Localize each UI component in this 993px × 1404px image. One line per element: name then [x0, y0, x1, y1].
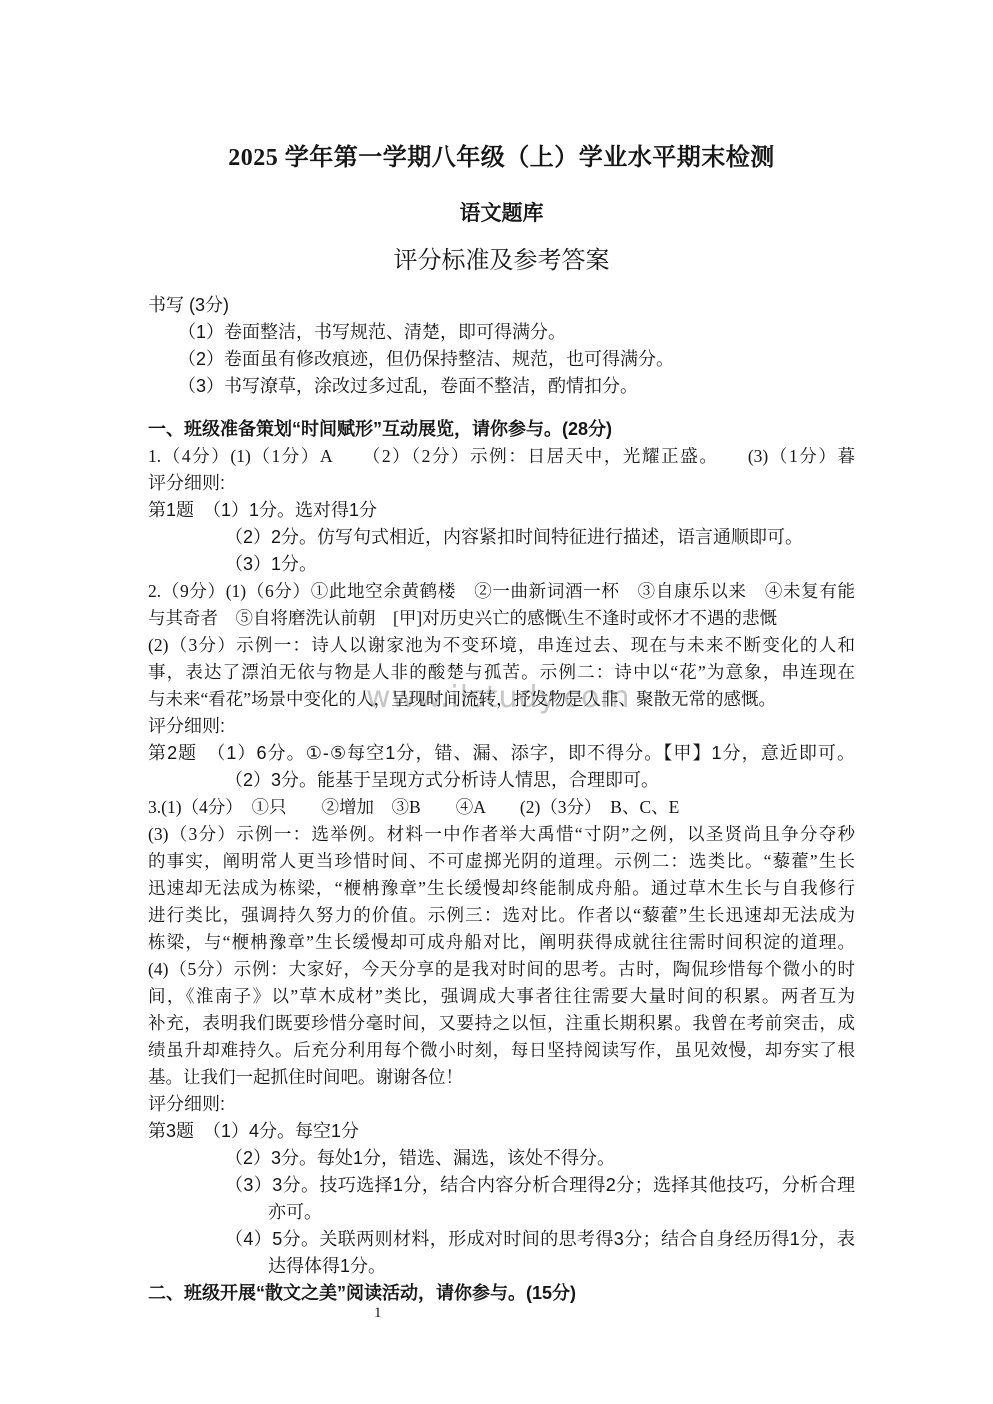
doc-line: 评分细则:: [148, 713, 855, 740]
doc-line: 的事实，阐明常人更当珍惜时间、不可虚掷光阴的道理。示例二：选类比。“藜藿”生长: [148, 848, 855, 875]
doc-title: 2025 学年第一学期八年级（上）学业水平期末检测: [148, 143, 855, 173]
doc-line: 书写 (3分): [148, 292, 855, 319]
doc-line: 达得体得1分。: [148, 1253, 855, 1280]
doc-line: 迅速却无法成为栋梁，“楩柟豫章”生长缓慢却终能制成舟船。通过草木生长与自我修行: [148, 875, 855, 902]
doc-line: 2.（9分）(1)（6分）①此地空余黄鹤楼 ②一曲新词酒一杯 ③自康乐以来 ④未…: [148, 578, 855, 605]
doc-section-title: 评分标准及参考答案: [148, 245, 855, 276]
doc-line: （4）5分。关联两则材料，形成对时间的思考得3分；结合自身经历得1分，表: [148, 1226, 855, 1253]
doc-line: (4)（5分）示例：大家好，今天分享的是我对时间的思考。古时，陶侃珍惜每个微小的…: [148, 956, 855, 983]
doc-line: (2)（3分）示例一：诗人以谢家池为不变环境，串连过去、现在与未来不断变化的人和: [148, 632, 855, 659]
doc-line: 事，表达了漂泊无依与物是人非的酸楚与孤苦。示例二：诗中以“花”为意象，串连现在: [148, 659, 855, 686]
doc-line: （2）2分。仿写句式相近，内容紧扣时间特征进行描述，语言通顺即可。: [148, 524, 855, 551]
doc-line: 3.(1)（4分） ①只 ②增加 ③B ④A (2)（3分） B、C、E: [148, 794, 855, 821]
doc-line: 亦可。: [148, 1199, 855, 1226]
doc-line: （2）3分。能基于呈现方式分析诗人情思，合理即可。: [148, 767, 855, 794]
doc-line: 补充，表明我们既要珍惜分毫时间，又要持之以恒，注重长期积累。我曾在考前突击，成: [148, 1010, 855, 1037]
doc-line: （1）卷面整洁，书写规范、清楚，即可得满分。: [148, 319, 855, 346]
doc-line: 栋梁，与“楩柟豫章”生长缓慢却可成舟船对比，阐明获得成就往往需时间积淀的道理。: [148, 929, 855, 956]
doc-body: 书写 (3分)（1）卷面整洁，书写规范、清楚，即可得满分。（2）卷面虽有修改痕迹…: [148, 292, 855, 1307]
doc-line: 绩虽升却难持久。后充分利用每个微小时刻，每日坚持阅读写作，虽见效慢，却夯实了根: [148, 1037, 855, 1064]
doc-line: 基。让我们一起抓住时间吧。谢谢各位！: [148, 1064, 855, 1091]
doc-line: 第2题 （1）6分。①-⑤每空1分，错、漏、添字，即不得分。【甲】1分，意近即可…: [148, 740, 855, 767]
doc-line: 与其奇者 ⑤自将磨洗认前朝 [甲]对历史兴亡的感慨\生不逢时或怀才不遇的悲慨: [148, 605, 855, 632]
doc-line: (3)（3分）示例一：选举例。材料一中作者举大禹惜“寸阴”之例，以圣贤尚且争分夺…: [148, 821, 855, 848]
doc-line: 二、班级开展“散文之美”阅读活动，请你参与。(15分): [148, 1280, 855, 1307]
doc-line: 评分细则:: [148, 1091, 855, 1118]
doc-line: 1.（4分）(1)（1分）A （2）（2分）示例：日居天中，光耀正盛。 (3)（…: [148, 443, 855, 470]
document-page: www.ilstudy.com 2025 学年第一学期八年级（上）学业水平期末检…: [0, 0, 993, 1404]
doc-line: 间，《淮南子》以”草木成材”类比，强调成大事者往往需要大量时间的积累。两者互为: [148, 983, 855, 1010]
doc-line: 一、班级准备策划“时间赋形”互动展览，请你参与。(28分): [148, 416, 855, 443]
doc-line: （3）3分。技巧选择1分，结合内容分析合理得2分；选择其他技巧，分析合理: [148, 1172, 855, 1199]
doc-line: 评分细则:: [148, 470, 855, 497]
doc-line: 第3题 （1）4分。每空1分: [148, 1118, 855, 1145]
doc-line: 与未来“看花”场景中变化的人，呈现时间流转，抒发物是人非、聚散无常的感慨。: [148, 686, 855, 713]
doc-line: （3）书写潦草，涂改过多过乱，卷面不整洁，酌情扣分。: [148, 373, 855, 400]
doc-subtitle: 语文题库: [148, 200, 855, 228]
doc-line: （2）卷面虽有修改痕迹，但仍保持整洁、规范，也可得满分。: [148, 346, 855, 373]
doc-line: 进行类比，强调持久努力的价值。示例三：选对比。作者以“藜藿”生长迅速却无法成为: [148, 902, 855, 929]
doc-line: （3）1分。: [148, 551, 855, 578]
doc-line: （2）3分。每处1分，错选、漏选，该处不得分。: [148, 1145, 855, 1172]
doc-line: 第1题 （1）1分。选对得1分: [148, 497, 855, 524]
